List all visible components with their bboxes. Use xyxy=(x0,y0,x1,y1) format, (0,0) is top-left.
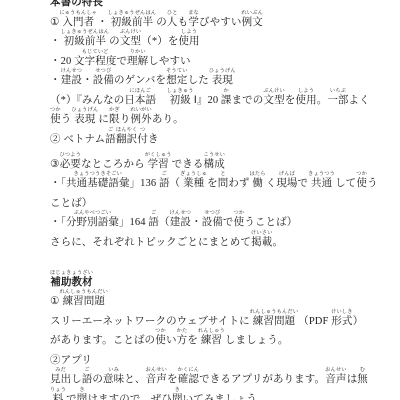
furigana-text: いみ xyxy=(108,367,119,374)
text-segment: ・ xyxy=(50,29,61,48)
base-text: いてみましょう。 xyxy=(183,394,268,400)
furigana-text: しょきゅうぜんはん xyxy=(108,10,157,17)
furigana-text: と xyxy=(220,171,225,178)
furigana-text: ほじょきょうざい xyxy=(50,270,93,277)
furigana-text: おんせい xyxy=(325,367,347,374)
text-segment: い xyxy=(166,328,177,347)
base-text: 本書の特長 xyxy=(50,0,103,9)
text-segment: なところから xyxy=(81,152,145,171)
base-text: ・ xyxy=(50,36,61,48)
feature-1-genba-expressions: ・けんせつ建設・せつび設備のゲンバをそうてい想定したひょうげん表現 xyxy=(50,68,378,87)
text-segment: の xyxy=(109,29,120,48)
text-segment: （ xyxy=(170,171,181,190)
text-segment: で xyxy=(66,387,77,400)
text-segment: （*）を xyxy=(141,29,178,48)
text-segment: もじていど文字程度 xyxy=(74,49,116,68)
note-minna-no-nihongo-cont: つか使うひょうげん表現にかぎ限りれいがい例外あり。 xyxy=(50,107,378,126)
text-segment: ぶんけい文型 xyxy=(263,88,285,107)
supplement-1-website: スリーエーネットワークのウェブサイトにれんしゅうもんだい練習問題（PDF けいし… xyxy=(50,309,378,328)
base-text: ・「 xyxy=(50,217,66,229)
base-text: 問 xyxy=(218,178,229,190)
base-text: ②アプリ xyxy=(50,355,92,367)
base-text: 設備 xyxy=(202,217,223,229)
text-segment: き聞 xyxy=(77,387,88,400)
text-segment: 本書の特長 xyxy=(50,0,103,9)
text-segment: して xyxy=(335,171,356,190)
base-text: して xyxy=(335,178,356,190)
text-segment: があります。ことばの xyxy=(50,328,155,347)
text-segment: いてみましょう。 xyxy=(183,387,268,400)
base-text: 現場 xyxy=(276,178,297,190)
furigana-text: せつび xyxy=(95,68,111,75)
furigana-text: いちぶ xyxy=(330,88,346,95)
text-segment: ご語 xyxy=(105,127,116,146)
furigana-text: けんせつ xyxy=(61,68,83,75)
text-segment: 。 xyxy=(317,88,328,107)
text-segment: おんせい音声 xyxy=(145,367,167,386)
text-segment: した xyxy=(188,68,209,87)
text-segment: で xyxy=(298,171,309,190)
furigana-text: ご xyxy=(84,367,89,374)
base-text: 聞 xyxy=(172,394,183,400)
furigana-text: ひょうげん xyxy=(71,107,98,114)
base-text: は xyxy=(347,374,358,386)
base-text: 設備 xyxy=(93,75,114,87)
text-segment: を xyxy=(207,171,218,190)
text-segment: ご語 xyxy=(159,171,170,190)
text-segment: よく xyxy=(349,88,370,107)
furigana-text: れんしゅうもんだい xyxy=(250,309,299,316)
feature-3-common-vocab: ・「きょうつうきそごい共通基礎語彙」136 ご語（ぎょうしゅ業種をと問わずはたら… xyxy=(50,171,378,190)
base-text: 表現 xyxy=(212,75,233,87)
text-segment: しやすい xyxy=(148,49,190,68)
base-text: ③ xyxy=(50,159,60,171)
text-segment: 」136 xyxy=(130,171,159,190)
text-segment: げんば現場 xyxy=(276,171,297,190)
base-text: で xyxy=(116,56,127,68)
feature-1-example-sentences: ①にゅうもんしゃ入門者・しょきゅうぜんはん初級前半のひと人もまな学びやすいれいぶ… xyxy=(50,10,378,29)
text-segment: さらに、それぞれトピックごとにまとめて xyxy=(50,230,251,249)
furigana-text: ひつよう xyxy=(60,152,82,159)
base-text xyxy=(156,95,167,107)
text-segment: みだ見出 xyxy=(50,367,71,386)
text-segment: までの xyxy=(232,88,264,107)
text-segment: （*）『みんなの xyxy=(50,88,124,107)
text-segment: ほじょきょうざい補助教材 xyxy=(50,270,93,289)
heading-book-features: 本書の特長 xyxy=(50,0,378,9)
text-segment: つか使 xyxy=(356,171,367,190)
furigana-text: けいしき xyxy=(331,309,353,316)
furigana-text: しよう xyxy=(181,29,197,36)
furigana-text: しょきゅう xyxy=(167,88,194,95)
base-text: 翻訳 xyxy=(116,134,137,146)
text-segment: おんせい音声 xyxy=(325,367,347,386)
base-text: を xyxy=(167,374,178,386)
base-text: 語 xyxy=(105,134,116,146)
base-text: 」136 xyxy=(130,178,159,190)
text-segment: りょう料 xyxy=(50,387,66,400)
furigana-text: ひょうげん xyxy=(209,68,236,75)
text-segment: を xyxy=(285,88,296,107)
text-segment: れんしゅうもんだい練習問題 xyxy=(60,289,109,308)
base-text: 人 xyxy=(167,17,178,29)
text-segment: しょきゅうぜんはん初級前半 xyxy=(61,29,110,48)
furigana-text: しょきゅうぜんはん xyxy=(61,29,110,36)
furigana-text: げんば xyxy=(279,171,295,178)
base-text: 。 xyxy=(317,95,328,107)
text-segment: ②アプリ xyxy=(50,348,92,367)
furigana-text: つか xyxy=(356,171,367,178)
supplement-1-practice-problems: ①れんしゅうもんだい練習問題 xyxy=(50,289,378,308)
base-text: 料 xyxy=(53,394,64,400)
text-segment: ぎょうしゅ業種 xyxy=(180,171,207,190)
base-text: けますので、ぜひ xyxy=(87,394,172,400)
base-text: （ xyxy=(170,178,181,190)
base-text: 使 xyxy=(50,114,61,126)
base-text: 課 xyxy=(221,95,232,107)
base-text: しやすい xyxy=(148,56,190,68)
base-text: の xyxy=(92,374,103,386)
furigana-text: そうてい xyxy=(166,68,188,75)
base-text: 形式 xyxy=(331,316,352,328)
furigana-text: む xyxy=(360,367,365,374)
base-text: ・ xyxy=(97,17,108,29)
base-text: さらに、それぞれトピックごとにまとめて xyxy=(50,237,251,249)
base-text: までの xyxy=(232,95,264,107)
text-segment: つ付 xyxy=(137,127,148,146)
base-text: ② ベトナム xyxy=(50,134,105,146)
base-text: 付 xyxy=(137,134,148,146)
base-text: く xyxy=(266,178,277,190)
furigana-text: けいさい xyxy=(251,230,273,237)
base-text: うことば） xyxy=(244,217,297,229)
base-text: できる xyxy=(172,159,204,171)
furigana-text: はたら xyxy=(250,171,266,178)
base-text: 聞 xyxy=(77,394,88,400)
base-text: も xyxy=(178,17,189,29)
base-text: 確認 xyxy=(178,374,199,386)
text-segment: 」164 xyxy=(119,210,148,229)
text-segment: に xyxy=(98,107,109,126)
text-segment: を xyxy=(187,328,198,347)
furigana-text: しよう xyxy=(298,88,314,95)
text-segment: ひつよう必要 xyxy=(60,152,82,171)
text-segment: しょきゅうぜんはん初級前半 xyxy=(108,10,157,29)
base-text: できるアプリがあります。 xyxy=(199,374,325,386)
heading-supplementary-materials: ほじょきょうざい補助教材 xyxy=(50,270,378,289)
text-segment: れいがい例外 xyxy=(130,107,152,126)
text-segment: つか使 xyxy=(50,107,61,126)
text-segment: ・「 xyxy=(50,210,66,229)
text-segment: ぶんやべつごい分野別語彙 xyxy=(66,210,119,229)
text-segment: かぎ限 xyxy=(109,107,120,126)
feature-3-common-vocab-cont: ことば） xyxy=(50,191,378,210)
base-text: スリーエーネットワークのウェブサイトに xyxy=(50,316,250,328)
base-text: 語 xyxy=(159,178,170,190)
base-text: した xyxy=(188,75,209,87)
furigana-text: せつび xyxy=(204,210,220,217)
text-segment: ひょうげん表現 xyxy=(71,107,98,126)
furigana-text: ぎょうしゅ xyxy=(180,171,207,178)
text-segment: しましょう。 xyxy=(225,328,289,347)
base-text: 使 xyxy=(155,335,166,347)
furigana-text: つか xyxy=(50,107,61,114)
base-text: 方 xyxy=(177,335,188,347)
text-segment: のゲンバを xyxy=(114,68,166,87)
base-text: ・20 xyxy=(50,56,74,68)
text-segment: できるアプリがあります。 xyxy=(199,367,325,386)
base-text: ① xyxy=(50,17,60,29)
text-segment: を xyxy=(167,367,178,386)
supplement-2-app-desc-cont: りょう料でき聞けますので、ぜひき聞いてみましょう。 xyxy=(50,387,378,400)
base-text: 建設 xyxy=(170,217,191,229)
furigana-text: れんしゅうもんだい xyxy=(60,289,109,296)
furigana-text: ご xyxy=(108,127,113,134)
base-text: 補助教材 xyxy=(50,277,92,289)
base-text: 練習問題 xyxy=(63,296,105,308)
text-segment: ・ xyxy=(191,210,202,229)
text-segment: あり。 xyxy=(152,107,184,126)
supplement-2-app: ②アプリ xyxy=(50,348,378,367)
base-text: 初級 xyxy=(170,95,191,107)
text-segment: ・ xyxy=(50,68,61,87)
base-text: ） xyxy=(353,316,364,328)
text-segment: スリーエーネットワークのウェブサイトに xyxy=(50,309,250,328)
base-text: ① xyxy=(50,296,60,308)
text-segment: そうてい想定 xyxy=(166,68,188,87)
furigana-text: りかい xyxy=(130,49,146,56)
furigana-text: ご xyxy=(162,171,167,178)
text-segment: ① xyxy=(50,289,60,308)
base-text: 例文 xyxy=(242,17,263,29)
base-text: 文字程度 xyxy=(74,56,116,68)
furigana-text: れんしゅう xyxy=(198,328,225,335)
text-segment: わず xyxy=(228,171,249,190)
base-text: 例外 xyxy=(131,114,152,126)
base-text: 学 xyxy=(188,17,199,29)
furigana-text: まな xyxy=(188,10,199,17)
text-segment: く xyxy=(266,171,277,190)
text-segment: つか使 xyxy=(234,210,245,229)
base-text: があります。ことばの xyxy=(50,335,155,347)
furigana-text: かくにん xyxy=(178,367,200,374)
base-text: びやすい xyxy=(199,17,241,29)
feature-3-structure: ③ひつよう必要なところからがくしゅう学習できるこうせい構成 xyxy=(50,152,378,171)
text-segment: けますので、ぜひ xyxy=(87,387,172,400)
text-segment: かくにん確認 xyxy=(178,367,200,386)
text-segment: はたら働 xyxy=(250,171,266,190)
feature-3-field-vocab: ・「ぶんやべつごい分野別語彙」164 ご語（けんせつ建設・せつび設備でつか使うこ… xyxy=(50,210,378,229)
furigana-text: ご xyxy=(151,210,156,217)
furigana-text: こうせい xyxy=(203,152,225,159)
text-segment: 。 xyxy=(273,230,284,249)
feature-2-vietnamese-translation: ② ベトナムご語ほんやく翻訳つ付き xyxy=(50,127,378,146)
feature-1-sentence-patterns: ・しょきゅうぜんはん初級前半のぶんけい文型（*）をしよう使用 xyxy=(50,29,378,48)
base-text: ・ xyxy=(50,75,61,87)
text-segment: き xyxy=(148,127,159,146)
base-text: を xyxy=(285,95,296,107)
text-segment: きょうつう共通 xyxy=(308,171,335,190)
base-text: に xyxy=(98,114,109,126)
base-text: 文型 xyxy=(264,95,285,107)
text-segment: は xyxy=(347,367,358,386)
base-text: 使 xyxy=(356,178,367,190)
base-text: 分野別語彙 xyxy=(66,217,119,229)
base-text: 初級前半 xyxy=(64,36,106,48)
text-segment: の xyxy=(92,367,103,386)
text-segment: がくしゅう学習 xyxy=(145,152,172,171)
furigana-text: れいぶん xyxy=(241,10,263,17)
base-text: 限 xyxy=(109,114,120,126)
text-segment: ご語 xyxy=(148,210,159,229)
base-text: う xyxy=(61,114,72,126)
text-segment: こうせい構成 xyxy=(203,152,225,171)
text-segment: も xyxy=(178,10,189,29)
text-segment: で xyxy=(223,210,234,229)
text-segment: ） xyxy=(353,309,364,328)
furigana-text: みだ xyxy=(55,367,66,374)
text-segment: ③ xyxy=(50,152,60,171)
base-text: 使 xyxy=(234,217,245,229)
furigana-text: きょうつうきそごい xyxy=(74,171,123,178)
furigana-text: おんせい xyxy=(145,367,167,374)
furigana-text: にほんご xyxy=(129,88,151,95)
text-segment: しよう使用 xyxy=(178,29,199,48)
furigana-text: きょうつう xyxy=(308,171,335,178)
base-text: 使用 xyxy=(296,95,317,107)
base-text: を xyxy=(207,178,218,190)
base-text: 初級前半 xyxy=(111,17,153,29)
text-segment: ② ベトナム xyxy=(50,127,105,146)
base-text: 入門者 xyxy=(62,17,94,29)
base-text: わず xyxy=(228,178,249,190)
text-segment: り xyxy=(120,107,131,126)
base-text: で xyxy=(223,217,234,229)
feature-1-char-count: ・20 もじていど文字程度でりかい理解しやすい xyxy=(50,49,378,68)
note-minna-no-nihongo: （*）『みんなのにほんご日本語 しょきゅう初級Ⅰ』20 か課までのぶんけい文型を… xyxy=(50,88,378,107)
text-segment: つか使 xyxy=(155,328,166,347)
text-segment: ことば） xyxy=(50,191,92,210)
base-text: 文型 xyxy=(120,36,141,48)
base-text: を xyxy=(187,335,198,347)
text-segment: か課 xyxy=(221,88,232,107)
base-text: 語 xyxy=(148,217,159,229)
text-segment: れいぶん例文 xyxy=(241,10,263,29)
text-segment: けいしき形式 xyxy=(331,309,353,328)
base-text: 構成 xyxy=(204,159,225,171)
supplement-1-website-cont: があります。ことばのつか使いかた方をれんしゅう練習しましょう。 xyxy=(50,328,378,347)
furigana-text: にゅうもんしゃ xyxy=(60,10,98,17)
base-text: 音声 xyxy=(325,374,346,386)
base-text: しましょう。 xyxy=(225,335,289,347)
furigana-text: れいがい xyxy=(130,107,152,114)
base-text: の xyxy=(109,36,120,48)
text-segment: けいさい掲載 xyxy=(251,230,273,249)
text-segment: きょうつうきそごい共通基礎語彙 xyxy=(66,171,130,190)
furigana-text: ほんやく xyxy=(116,127,138,134)
base-text: 必要 xyxy=(60,159,81,171)
text-segment: できる xyxy=(172,152,204,171)
base-text: ・ xyxy=(191,217,202,229)
furigana-text: ひと xyxy=(167,10,178,17)
text-segment: ぶんけい文型 xyxy=(120,29,142,48)
text-segment: けんせつ建設 xyxy=(61,68,83,87)
supplement-2-app-desc: みだ見出しご語のいみ意味と、おんせい音声をかくにん確認できるアプリがあります。お… xyxy=(50,367,378,386)
base-text: 。 xyxy=(273,237,284,249)
furigana-text: ぶんけい xyxy=(263,88,285,95)
furigana-text: つ xyxy=(140,127,145,134)
base-text: 日本語 xyxy=(124,95,156,107)
furigana-text: き xyxy=(175,387,180,394)
base-text: 表現 xyxy=(74,114,95,126)
base-text: 語 xyxy=(82,374,93,386)
furigana-text: つか xyxy=(234,210,245,217)
base-text: ことば） xyxy=(50,198,92,210)
base-text: 想定 xyxy=(166,75,187,87)
text-segment: ① xyxy=(50,10,60,29)
base-text: なところから xyxy=(81,159,145,171)
base-text: 理解 xyxy=(127,56,148,68)
base-text: 学習 xyxy=(148,159,169,171)
text-segment: ・ xyxy=(97,10,108,29)
furigana-text: ぶんけい xyxy=(120,29,142,36)
text-segment: にゅうもんしゃ入門者 xyxy=(60,10,98,29)
base-text: （*）『みんなの xyxy=(50,95,124,107)
text-segment: し xyxy=(71,367,82,386)
base-text: 共通基礎語彙 xyxy=(66,178,130,190)
text-segment: れんしゅうもんだい練習問題 xyxy=(250,309,299,328)
text-segment: ご語 xyxy=(82,367,93,386)
text-segment: かた方 xyxy=(177,328,188,347)
base-text: 練習 xyxy=(201,335,222,347)
text-segment: しよう使用 xyxy=(296,88,317,107)
text-segment: びやすい xyxy=(199,10,241,29)
base-text: で xyxy=(66,394,77,400)
base-text: り xyxy=(120,114,131,126)
base-text: 共通 xyxy=(311,178,332,190)
text-segment: の xyxy=(156,10,167,29)
base-text: あり。 xyxy=(152,114,184,126)
base-text: 掲載 xyxy=(251,237,272,249)
text-segment: ・20 xyxy=(50,49,74,68)
text-segment: ひょうげん表現 xyxy=(209,68,236,87)
base-text: 音声 xyxy=(146,374,167,386)
text-segment: ほんやく翻訳 xyxy=(116,127,138,146)
base-text: （*）を xyxy=(141,36,178,48)
text-segment: む無 xyxy=(357,367,368,386)
base-text: のゲンバを xyxy=(114,75,166,87)
base-text: い xyxy=(166,335,177,347)
base-text: き xyxy=(148,134,159,146)
furigana-text: がくしゅう xyxy=(145,152,172,159)
base-text: と、 xyxy=(124,374,145,386)
text-segment: いみ意味 xyxy=(103,367,124,386)
base-text: 練習問題 xyxy=(253,316,295,328)
text-segment: うことば） xyxy=(244,210,297,229)
furigana-text: かた xyxy=(177,328,188,335)
base-text: 業種 xyxy=(183,178,204,190)
furigana-text: つか xyxy=(155,328,166,335)
text-segment: き聞 xyxy=(172,387,183,400)
text-segment: う xyxy=(61,107,72,126)
text-segment: にほんご日本語 xyxy=(124,88,156,107)
furigana-text: ぶんやべつごい xyxy=(74,210,112,217)
base-text: の xyxy=(156,17,167,29)
base-text: ・ xyxy=(82,75,93,87)
base-text: し xyxy=(71,374,82,386)
base-text: （ xyxy=(159,217,170,229)
text-segment: いちぶ一部 xyxy=(327,88,348,107)
